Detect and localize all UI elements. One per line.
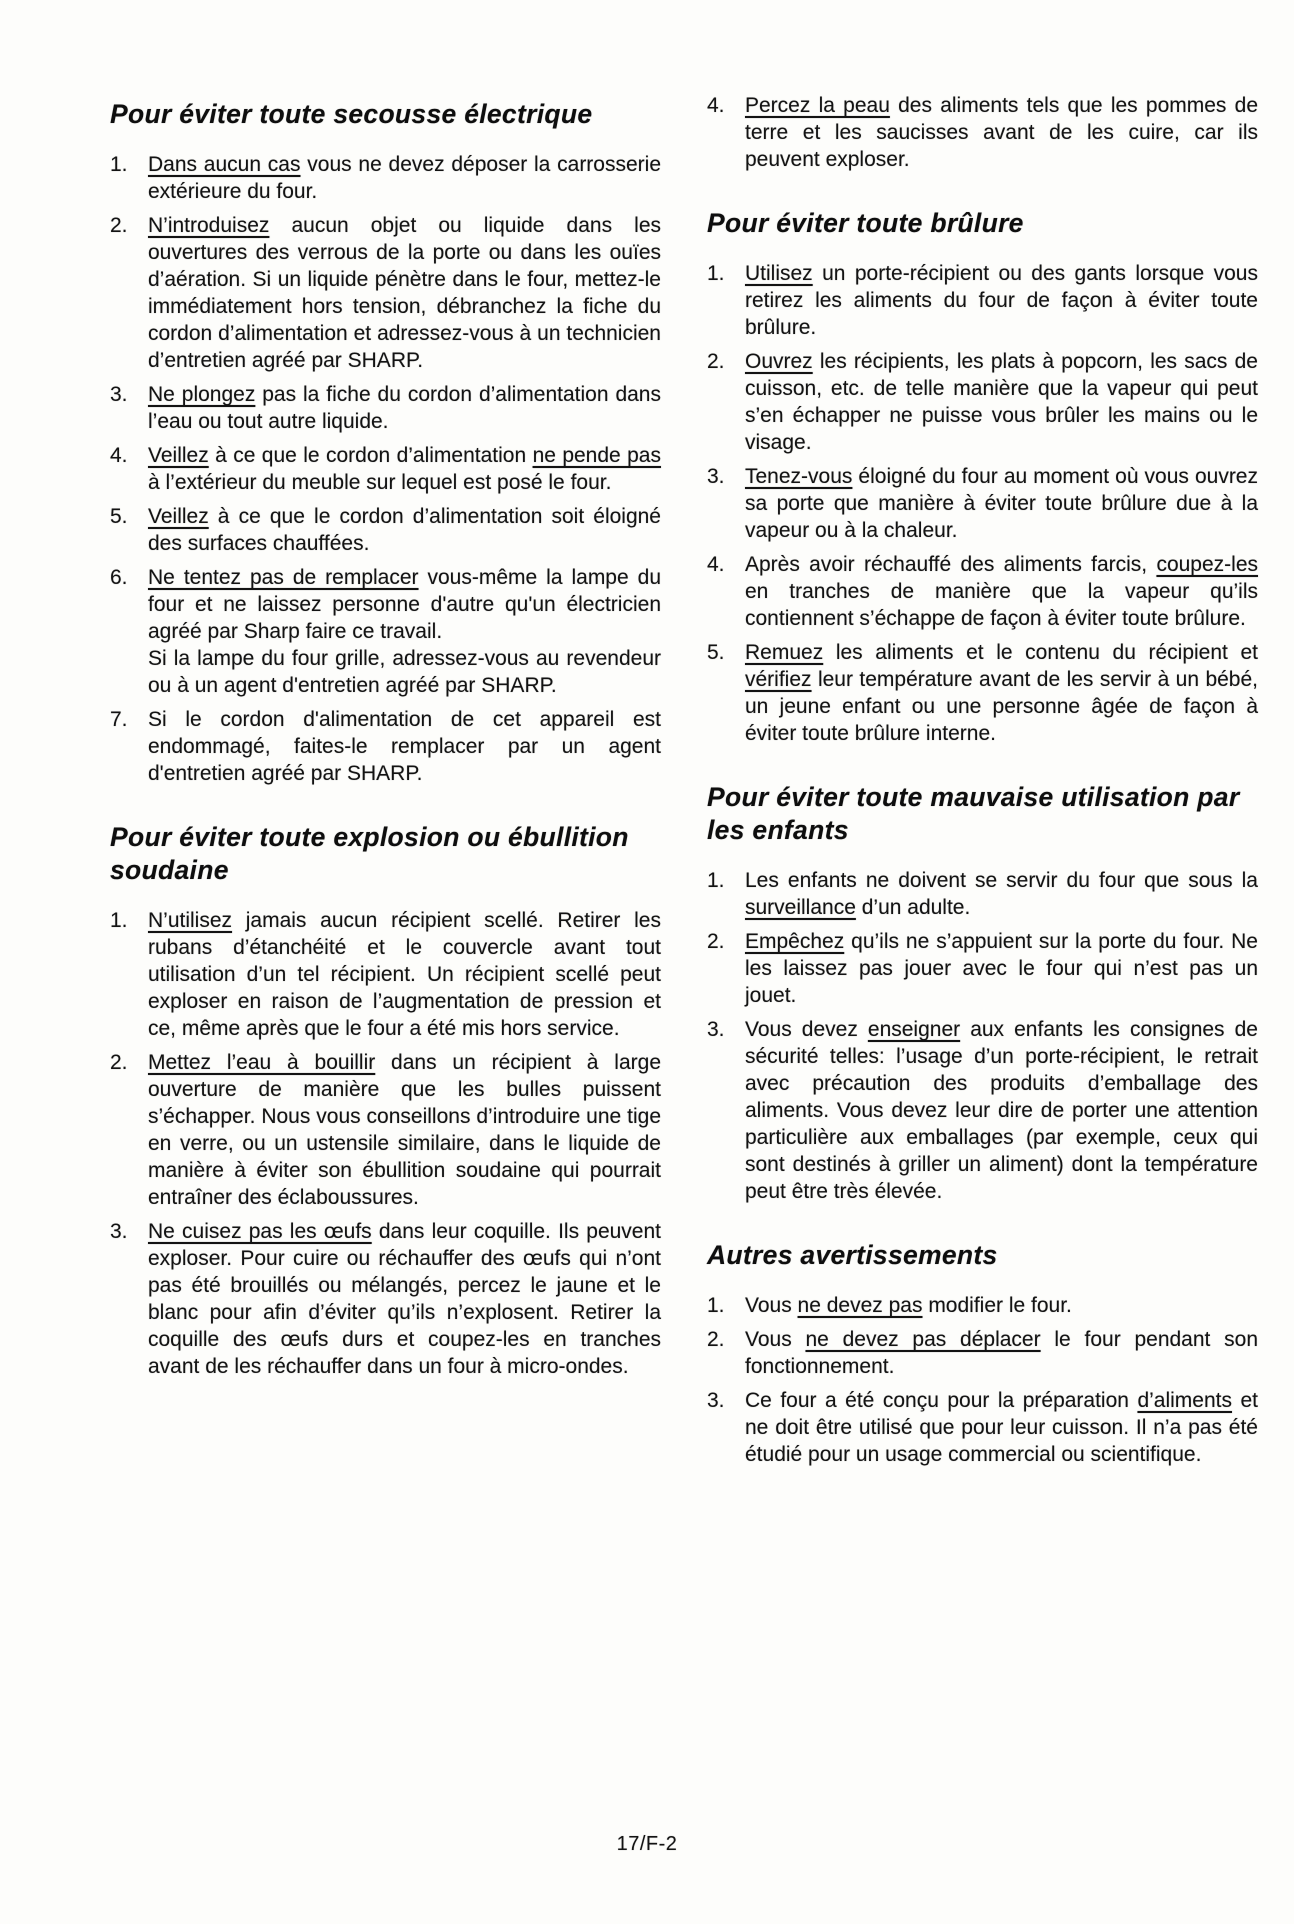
underlined-text: Utilisez — [745, 262, 813, 285]
list-item: 2.Ouvrez les récipients, les plats à pop… — [707, 348, 1258, 456]
paragraph: Veillez à ce que le cordon d’alimentatio… — [148, 503, 661, 557]
underlined-text: N’utilisez — [148, 909, 232, 932]
body-text: les aliments et le contenu du récipient … — [823, 641, 1258, 664]
body-text: Si la lampe du four grille, adressez-vou… — [148, 647, 661, 697]
list-item-number: 7. — [110, 706, 148, 787]
paragraph: Si le cordon d'alimentation de cet appar… — [148, 706, 661, 787]
underlined-text: Tenez-vous — [745, 465, 852, 488]
list-item: 3.Ce four a été conçu pour la préparatio… — [707, 1387, 1258, 1468]
paragraph: Vous devez enseigner aux enfants les con… — [745, 1016, 1258, 1205]
list-item-number: 2. — [110, 212, 148, 374]
instruction-list: 1.Dans aucun cas vous ne devez déposer l… — [110, 151, 661, 787]
underlined-text: Veillez — [148, 505, 209, 528]
list-item-number: 2. — [110, 1049, 148, 1211]
body-text: dans leur coquille. Ils peuvent exploser… — [148, 1220, 661, 1378]
underlined-text: N’introduisez — [148, 214, 269, 237]
list-item-number: 3. — [707, 1016, 745, 1205]
underlined-text: ne devez pas déplacer — [805, 1328, 1040, 1351]
paragraph: N’utilisez jamais aucun récipient scellé… — [148, 907, 661, 1042]
paragraph: Ouvrez les récipients, les plats à popco… — [745, 348, 1258, 456]
body-text: Ce four a été conçu pour la préparation — [745, 1389, 1137, 1412]
underlined-text: Veillez — [148, 444, 209, 467]
body-text: Vous — [745, 1328, 805, 1351]
paragraph: Vous ne devez pas déplacer le four penda… — [745, 1326, 1258, 1380]
paragraph: Ne plongez pas la fiche du cordon d’alim… — [148, 381, 661, 435]
paragraph: Les enfants ne doivent se servir du four… — [745, 867, 1258, 921]
body-text: leur température avant de les servir à u… — [745, 668, 1258, 745]
list-item: 1.N’utilisez jamais aucun récipient scel… — [110, 907, 661, 1042]
list-item-text: Les enfants ne doivent se servir du four… — [745, 867, 1258, 921]
list-item-number: 2. — [707, 1326, 745, 1380]
underlined-text: enseigner — [868, 1018, 960, 1041]
section-heading: Autres avertissements — [707, 1239, 1258, 1272]
list-item-text: N’utilisez jamais aucun récipient scellé… — [148, 907, 661, 1042]
body-text: d’un adulte. — [856, 896, 970, 919]
list-item: 5.Remuez les aliments et le contenu du r… — [707, 639, 1258, 747]
list-item-number: 1. — [707, 1292, 745, 1319]
paragraph: Si la lampe du four grille, adressez-vou… — [148, 645, 661, 699]
list-item-number: 5. — [110, 503, 148, 557]
body-text: Si le cordon d'alimentation de cet appar… — [148, 708, 661, 785]
left-column: Pour éviter toute secousse électrique1.D… — [110, 92, 661, 1475]
body-text: Vous devez — [745, 1018, 868, 1041]
section-heading: Pour éviter toute brûlure — [707, 207, 1258, 240]
list-item-text: Empêchez qu’ils ne s’appuient sur la por… — [745, 928, 1258, 1009]
list-item-text: Dans aucun cas vous ne devez déposer la … — [148, 151, 661, 205]
paragraph: Ne cuisez pas les œufs dans leur coquill… — [148, 1218, 661, 1380]
list-item-number: 4. — [110, 442, 148, 496]
list-item: 1.Utilisez un porte-récipient ou des gan… — [707, 260, 1258, 341]
body-text: en tranches de manière que la vapeur qu’… — [745, 580, 1258, 630]
list-item: 1.Dans aucun cas vous ne devez déposer l… — [110, 151, 661, 205]
underlined-text: Ouvrez — [745, 350, 813, 373]
instruction-list: 1.N’utilisez jamais aucun récipient scel… — [110, 907, 661, 1380]
instruction-list: 1.Les enfants ne doivent se servir du fo… — [707, 867, 1258, 1205]
list-item-text: Ne tentez pas de remplacer vous-même la … — [148, 564, 661, 699]
body-text: modifier le four. — [922, 1294, 1071, 1317]
list-item-text: Ouvrez les récipients, les plats à popco… — [745, 348, 1258, 456]
paragraph: Tenez-vous éloigné du four au moment où … — [745, 463, 1258, 544]
list-item-text: Tenez-vous éloigné du four au moment où … — [745, 463, 1258, 544]
list-item-text: Veillez à ce que le cordon d’alimentatio… — [148, 503, 661, 557]
list-item-number: 6. — [110, 564, 148, 699]
paragraph: Dans aucun cas vous ne devez déposer la … — [148, 151, 661, 205]
list-item: 4.Veillez à ce que le cordon d’alimentat… — [110, 442, 661, 496]
underlined-text: surveillance — [745, 896, 856, 919]
list-item-text: Vous devez enseigner aux enfants les con… — [745, 1016, 1258, 1205]
list-item: 6.Ne tentez pas de remplacer vous-même l… — [110, 564, 661, 699]
paragraph: Ne tentez pas de remplacer vous-même la … — [148, 564, 661, 645]
list-item-number: 2. — [707, 928, 745, 1009]
list-item-number: 3. — [110, 1218, 148, 1380]
body-text: à ce que le cordon d’alimentation — [209, 444, 533, 467]
list-item-text: Mettez l’eau à bouillir dans un récipien… — [148, 1049, 661, 1211]
list-item-number: 1. — [707, 260, 745, 341]
list-item-text: Utilisez un porte-récipient ou des gants… — [745, 260, 1258, 341]
list-item: 5.Veillez à ce que le cordon d’alimentat… — [110, 503, 661, 557]
underlined-text: ne pende pas — [533, 444, 661, 467]
list-item-number: 4. — [707, 551, 745, 632]
paragraph: Mettez l’eau à bouillir dans un récipien… — [148, 1049, 661, 1211]
body-text: aux enfants les consignes de sécurité te… — [745, 1018, 1258, 1203]
list-item-number: 4. — [707, 92, 745, 173]
list-item: 2.Empêchez qu’ils ne s’appuient sur la p… — [707, 928, 1258, 1009]
list-item-text: Ne cuisez pas les œufs dans leur coquill… — [148, 1218, 661, 1380]
body-text: dans un récipient à large ouverture de m… — [148, 1051, 661, 1209]
underlined-text: coupez-les — [1156, 553, 1258, 576]
body-text: les récipients, les plats à popcorn, les… — [745, 350, 1258, 454]
underlined-text: vérifiez — [745, 668, 812, 691]
list-item: 3.Tenez-vous éloigné du four au moment o… — [707, 463, 1258, 544]
list-item-text: N’introduisez aucun objet ou liquide dan… — [148, 212, 661, 374]
paragraph: Remuez les aliments et le contenu du réc… — [745, 639, 1258, 747]
underlined-text: Empêchez — [745, 930, 844, 953]
paragraph: Ce four a été conçu pour la préparation … — [745, 1387, 1258, 1468]
body-text: un porte-récipient ou des gants lorsque … — [745, 262, 1258, 339]
list-item-text: Ce four a été conçu pour la préparation … — [745, 1387, 1258, 1468]
paragraph: Percez la peau des aliments tels que les… — [745, 92, 1258, 173]
list-item-number: 3. — [707, 463, 745, 544]
list-item: 2.N’introduisez aucun objet ou liquide d… — [110, 212, 661, 374]
body-text: à l’extérieur du meuble sur lequel est p… — [148, 471, 611, 494]
scanned-manual-page: Pour éviter toute secousse électrique1.D… — [0, 0, 1294, 1924]
list-item-text: Si le cordon d'alimentation de cet appar… — [148, 706, 661, 787]
body-text: aucun objet ou liquide dans les ouvertur… — [148, 214, 661, 372]
list-item-number: 2. — [707, 348, 745, 456]
list-item-text: Après avoir réchauffé des aliments farci… — [745, 551, 1258, 632]
underlined-text: Remuez — [745, 641, 823, 664]
list-item-number: 5. — [707, 639, 745, 747]
paragraph: Veillez à ce que le cordon d’alimentatio… — [148, 442, 661, 496]
body-text: à ce que le cordon d’alimentation soit é… — [148, 505, 661, 555]
underlined-text: Percez la peau — [745, 94, 890, 117]
list-item: 3.Ne plongez pas la fiche du cordon d’al… — [110, 381, 661, 435]
list-item-number: 3. — [110, 381, 148, 435]
list-item: 4.Percez la peau des aliments tels que l… — [707, 92, 1258, 173]
underlined-text: Ne cuisez pas les œufs — [148, 1220, 372, 1243]
list-item: 2.Vous ne devez pas déplacer le four pen… — [707, 1326, 1258, 1380]
instruction-list: 1.Utilisez un porte-récipient ou des gan… — [707, 260, 1258, 747]
paragraph: Après avoir réchauffé des aliments farci… — [745, 551, 1258, 632]
list-item-number: 3. — [707, 1387, 745, 1468]
underlined-text: ne devez pas — [798, 1294, 923, 1317]
underlined-text: Ne plongez — [148, 383, 255, 406]
list-item-text: Ne plongez pas la fiche du cordon d’alim… — [148, 381, 661, 435]
instruction-list: 1.Vous ne devez pas modifier le four.2.V… — [707, 1292, 1258, 1468]
section-heading: Pour éviter toute secousse électrique — [110, 98, 661, 131]
section-heading: Pour éviter toute explosion ou ébullitio… — [110, 821, 661, 887]
paragraph: Vous ne devez pas modifier le four. — [745, 1292, 1258, 1319]
paragraph: N’introduisez aucun objet ou liquide dan… — [148, 212, 661, 374]
body-text: Vous — [745, 1294, 798, 1317]
list-item-number: 1. — [110, 151, 148, 205]
instruction-list: 4.Percez la peau des aliments tels que l… — [707, 92, 1258, 173]
body-text: Les enfants ne doivent se servir du four… — [745, 869, 1258, 892]
list-item-text: Vous ne devez pas modifier le four. — [745, 1292, 1258, 1319]
underlined-text: Dans aucun cas — [148, 153, 300, 176]
list-item: 7.Si le cordon d'alimentation de cet app… — [110, 706, 661, 787]
list-item: 1.Vous ne devez pas modifier le four. — [707, 1292, 1258, 1319]
page-number: 17/F-2 — [0, 1833, 1294, 1856]
list-item-number: 1. — [707, 867, 745, 921]
list-item-text: Vous ne devez pas déplacer le four penda… — [745, 1326, 1258, 1380]
paragraph: Utilisez un porte-récipient ou des gants… — [745, 260, 1258, 341]
list-item-text: Remuez les aliments et le contenu du réc… — [745, 639, 1258, 747]
list-item: 3.Vous devez enseigner aux enfants les c… — [707, 1016, 1258, 1205]
body-text: Après avoir réchauffé des aliments farci… — [745, 553, 1156, 576]
list-item-text: Percez la peau des aliments tels que les… — [745, 92, 1258, 173]
paragraph: Empêchez qu’ils ne s’appuient sur la por… — [745, 928, 1258, 1009]
list-item-text: Veillez à ce que le cordon d’alimentatio… — [148, 442, 661, 496]
list-item-number: 1. — [110, 907, 148, 1042]
underlined-text: Mettez l’eau à bouillir — [148, 1051, 375, 1074]
list-item: 2.Mettez l’eau à bouillir dans un récipi… — [110, 1049, 661, 1211]
right-column: 4.Percez la peau des aliments tels que l… — [707, 92, 1258, 1475]
list-item: 4.Après avoir réchauffé des aliments far… — [707, 551, 1258, 632]
page-content: Pour éviter toute secousse électrique1.D… — [110, 92, 1258, 1475]
section-heading: Pour éviter toute mauvaise utilisation p… — [707, 781, 1258, 847]
underlined-text: Ne tentez pas de remplacer — [148, 566, 419, 589]
list-item: 1.Les enfants ne doivent se servir du fo… — [707, 867, 1258, 921]
list-item: 3.Ne cuisez pas les œufs dans leur coqui… — [110, 1218, 661, 1380]
underlined-text: d’aliments — [1137, 1389, 1232, 1412]
